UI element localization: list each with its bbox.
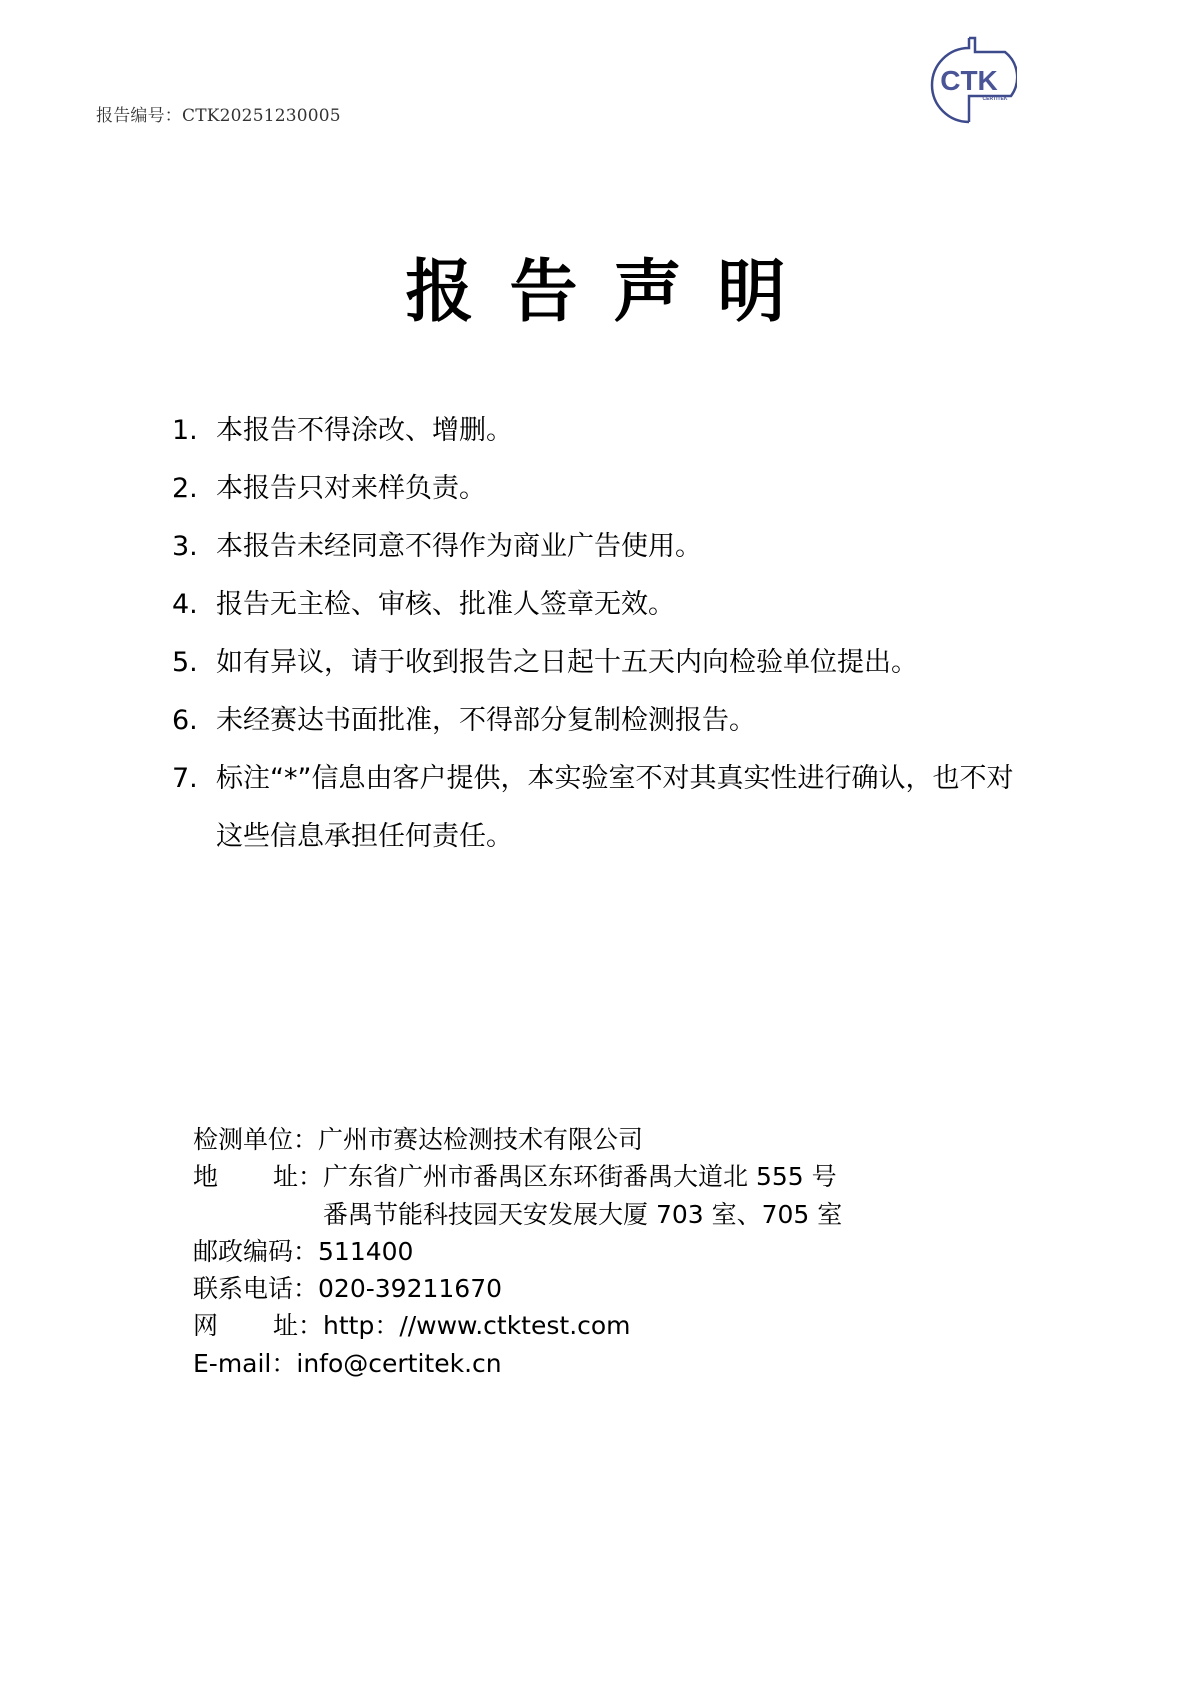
report-number-value: CTK20251230005 <box>182 106 341 126</box>
address-label: 地址： <box>193 1158 323 1195</box>
ctk-logo: CTK CERTITEK <box>925 36 1017 124</box>
spacer <box>193 1196 323 1233</box>
website-row: 网址： http：//www.ctktest.com <box>193 1307 842 1344</box>
statement-item: 6. 未经赛达书面批准，不得部分复制检测报告。 <box>172 692 1072 750</box>
statement-text: 报告无主检、审核、批准人签章无效。 <box>216 576 675 634</box>
statement-text: 本报告不得涂改、增删。 <box>216 402 513 460</box>
statement-text: 未经赛达书面批准，不得部分复制检测报告。 <box>216 692 756 750</box>
email-link[interactable]: info@certitek.cn <box>296 1345 501 1382</box>
statement-item: 1. 本报告不得涂改、增删。 <box>172 402 1072 460</box>
website-link[interactable]: http：//www.ctktest.com <box>323 1307 631 1344</box>
org-value: 广州市赛达检测技术有限公司 <box>318 1121 643 1158</box>
website-label-b: 址： <box>273 1307 323 1344</box>
statement-item: 7. 标注“*”信息由客户提供，本实验室不对其真实性进行确认，也不对这些信息承担… <box>172 750 1072 866</box>
statement-number: 7. <box>172 750 216 866</box>
postcode-value: 511400 <box>318 1233 413 1270</box>
address-label-a: 地 <box>193 1158 218 1195</box>
phone-row: 联系电话： 020-39211670 <box>193 1270 842 1307</box>
address-row-2: 番禺节能科技园天安发展大厦 703 室、705 室 <box>193 1196 842 1233</box>
postcode-row: 邮政编码： 511400 <box>193 1233 842 1270</box>
statement-number: 5. <box>172 634 216 692</box>
statement-text: 本报告未经同意不得作为商业广告使用。 <box>216 518 702 576</box>
statement-number: 2. <box>172 460 216 518</box>
contact-info: 检测单位： 广州市赛达检测技术有限公司 地址： 广东省广州市番禺区东环街番禺大道… <box>193 1121 842 1382</box>
postcode-label: 邮政编码： <box>193 1233 318 1270</box>
statement-number: 4. <box>172 576 216 634</box>
phone-value: 020-39211670 <box>318 1270 502 1307</box>
page-title: 报告声明 <box>0 238 1191 335</box>
svg-text:CTK: CTK <box>940 65 998 96</box>
statement-text: 标注“*”信息由客户提供，本实验室不对其真实性进行确认，也不对这些信息承担任何责… <box>216 750 1016 866</box>
statement-item: 2. 本报告只对来样负责。 <box>172 460 1072 518</box>
website-label-a: 网 <box>193 1307 218 1344</box>
address-line2: 番禺节能科技园天安发展大厦 703 室、705 室 <box>323 1196 842 1233</box>
statement-text: 如有异议，请于收到报告之日起十五天内向检验单位提出。 <box>216 634 918 692</box>
statement-text: 本报告只对来样负责。 <box>216 460 486 518</box>
phone-label: 联系电话： <box>193 1270 318 1307</box>
ctk-logo-icon: CTK CERTITEK <box>925 36 1017 124</box>
statement-list: 1. 本报告不得涂改、增删。 2. 本报告只对来样负责。 3. 本报告未经同意不… <box>172 402 1072 866</box>
statement-number: 6. <box>172 692 216 750</box>
address-row: 地址： 广东省广州市番禺区东环街番禺大道北 555 号 <box>193 1158 842 1195</box>
website-label: 网址： <box>193 1307 323 1344</box>
address-label-b: 址： <box>273 1158 323 1195</box>
report-number-label: 报告编号： <box>96 106 182 126</box>
statement-number: 3. <box>172 518 216 576</box>
address-line1: 广东省广州市番禺区东环街番禺大道北 555 号 <box>323 1158 837 1195</box>
svg-text:CERTITEK: CERTITEK <box>983 96 1008 102</box>
email-row: E-mail： info@certitek.cn <box>193 1345 842 1382</box>
email-label: E-mail： <box>193 1345 296 1382</box>
statement-item: 3. 本报告未经同意不得作为商业广告使用。 <box>172 518 1072 576</box>
org-row: 检测单位： 广州市赛达检测技术有限公司 <box>193 1121 842 1158</box>
org-label: 检测单位： <box>193 1121 318 1158</box>
statement-item: 4. 报告无主检、审核、批准人签章无效。 <box>172 576 1072 634</box>
statement-number: 1. <box>172 402 216 460</box>
statement-item: 5. 如有异议，请于收到报告之日起十五天内向检验单位提出。 <box>172 634 1072 692</box>
report-number: 报告编号：CTK20251230005 <box>96 101 341 126</box>
